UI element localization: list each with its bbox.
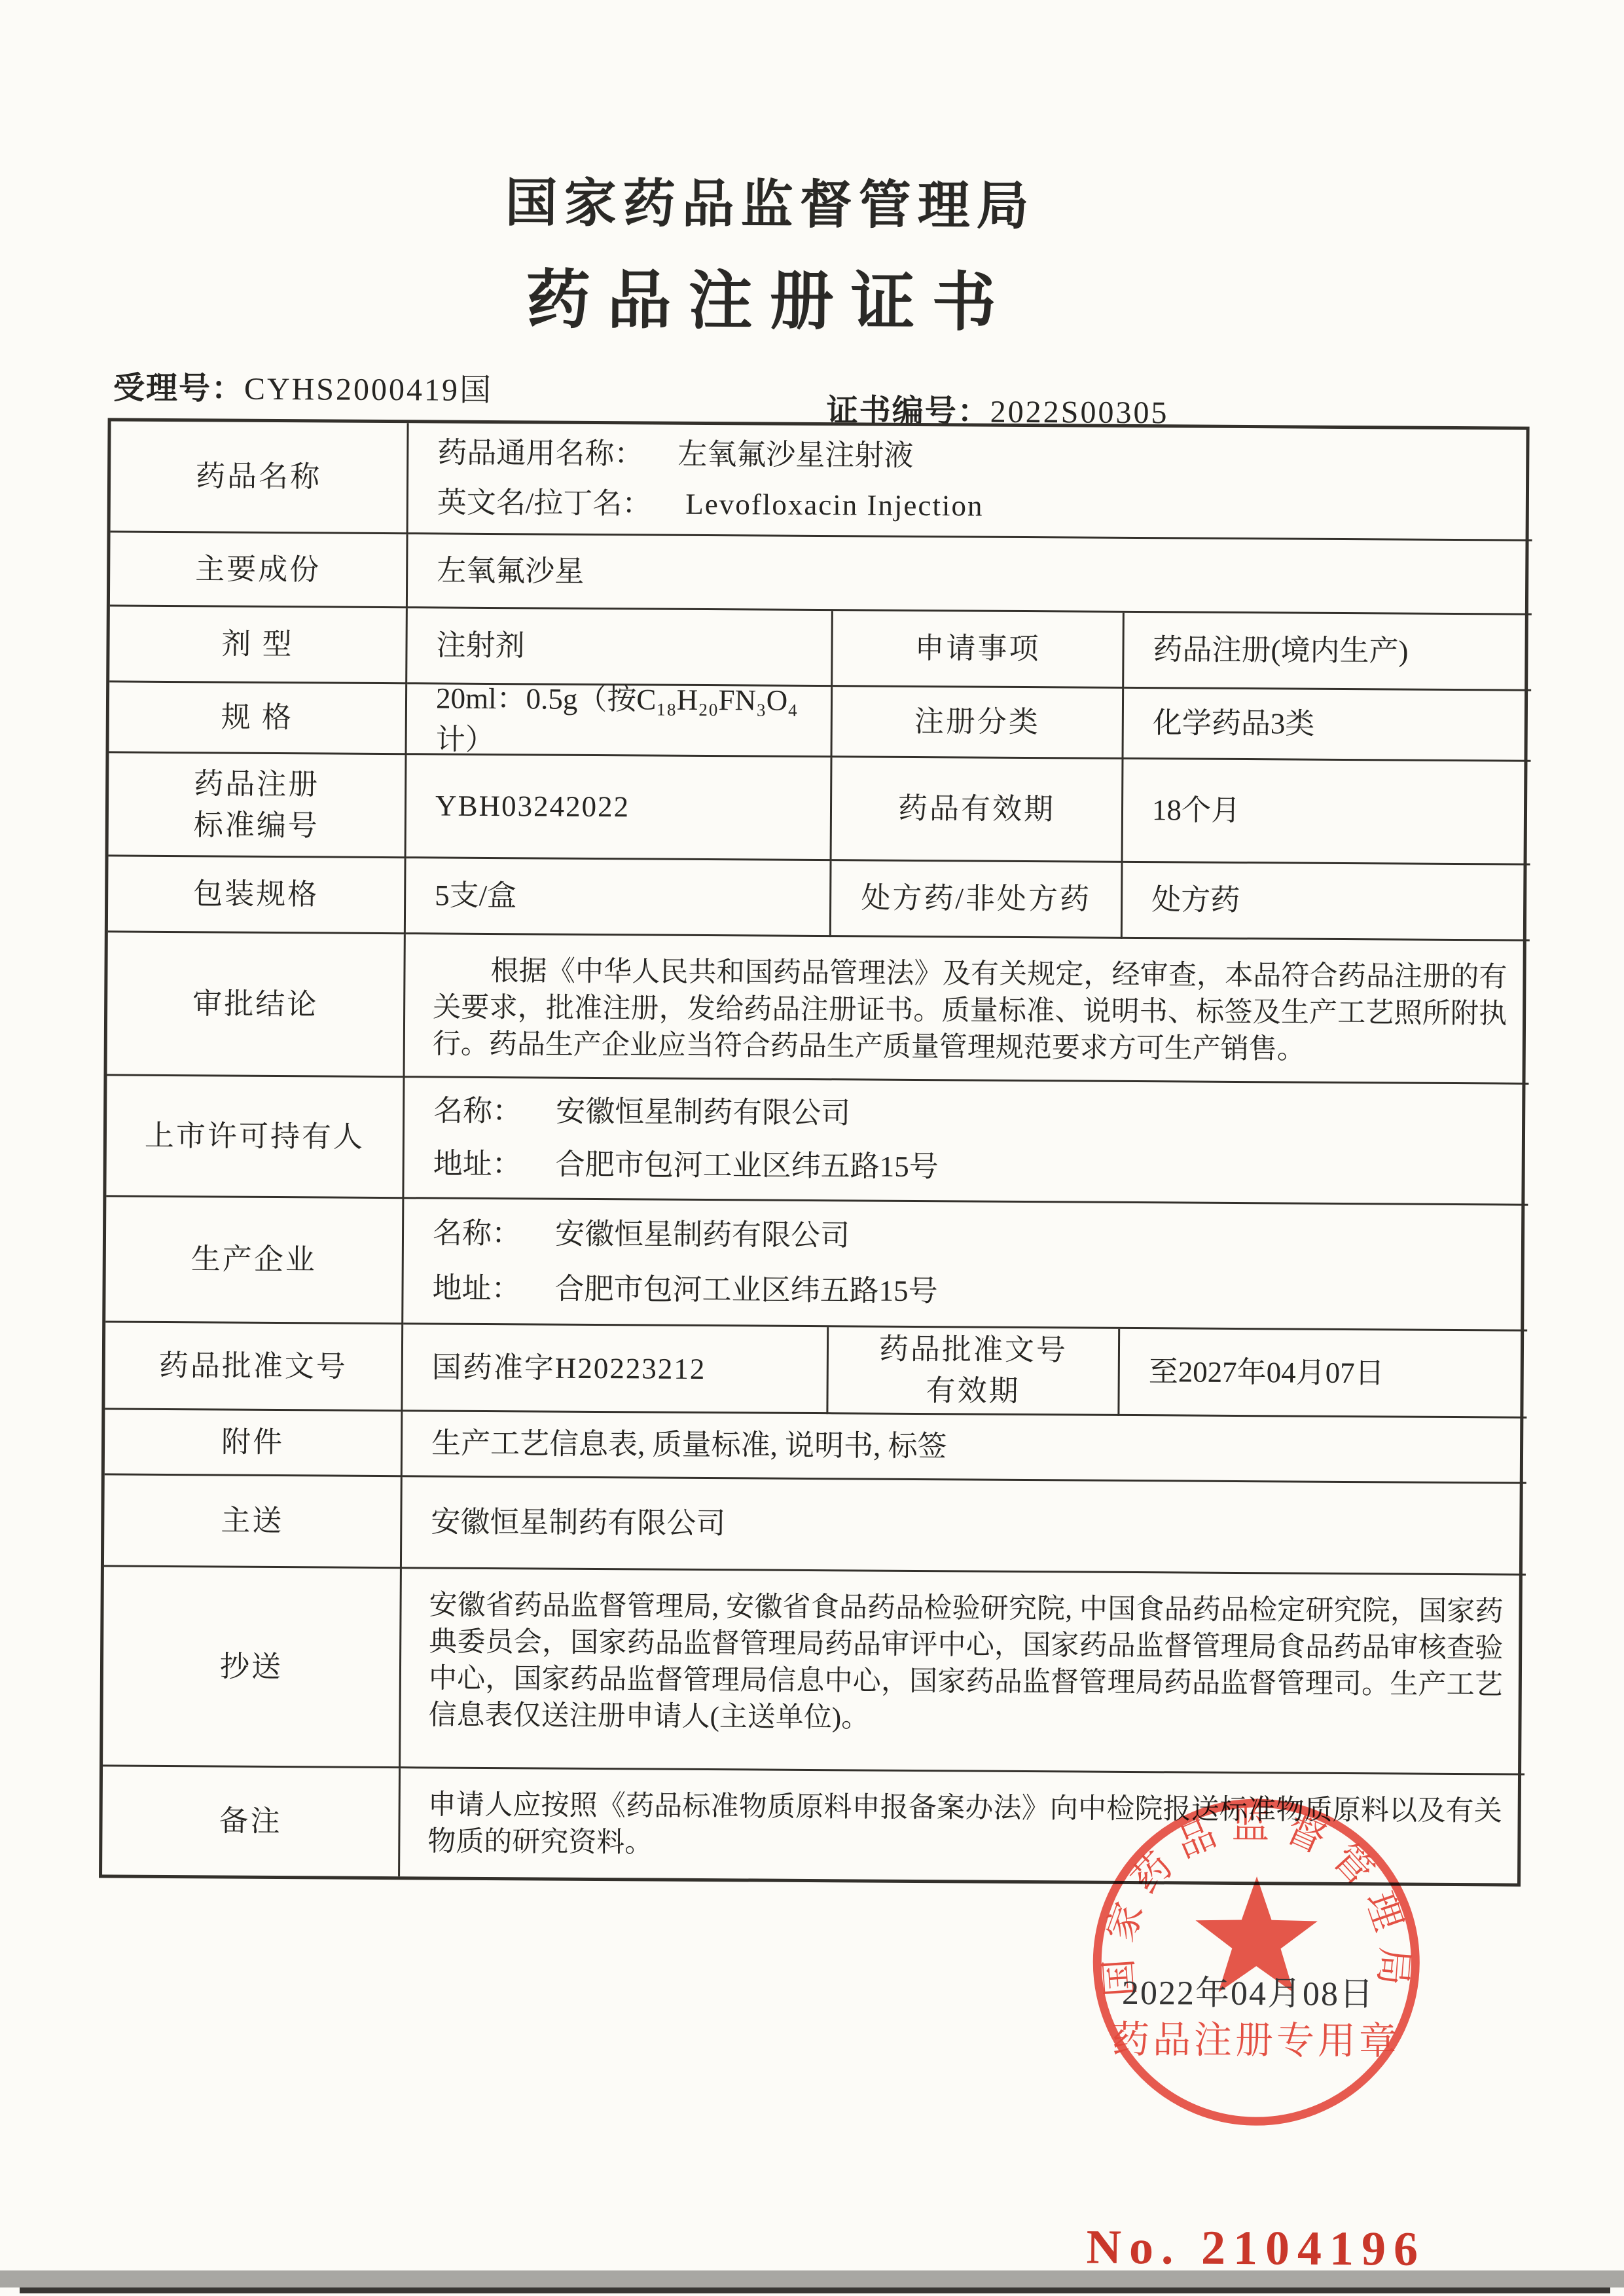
row-label-dosage-form: 剂 型 xyxy=(109,606,408,684)
row-value-holder: 名称： 安徽恒星制药有限公司 地址： 合肥市包河工业区纬五路15号 xyxy=(404,1078,1528,1205)
row-value-reg-class: 化学药品3类 xyxy=(1123,689,1531,762)
row-value-conclusion: 根据《中华人民共和国药品管理法》及有关规定，经审查，本品符合药品注册的有关要求，… xyxy=(405,934,1530,1084)
manufacturer-addr-line: 地址： 合肥市包河工业区纬五路15号 xyxy=(432,1267,937,1312)
row-label-attachments: 附件 xyxy=(105,1410,403,1477)
manufacturer-name-value: 安徽恒星制药有限公司 xyxy=(555,1214,850,1257)
row-value-approval-no: 国药准字H20223212 xyxy=(403,1324,829,1414)
holder-addr-line: 地址： 合肥市包河工业区纬五路15号 xyxy=(433,1144,939,1188)
row-label-conclusion: 审批结论 xyxy=(107,932,406,1078)
row-label-manufacturer: 生产企业 xyxy=(105,1197,404,1324)
approval-validity-label-line2: 有效期 xyxy=(926,1370,1020,1412)
holder-addr-label: 地址： xyxy=(433,1144,522,1186)
certificate-page: 国家药品监督管理局 药品注册证书 受理号：CYHS2000419国 证书编号：2… xyxy=(0,0,1624,2296)
serial-number: No. 2104196 xyxy=(1086,2220,1426,2278)
scanner-edge-band xyxy=(0,2270,1624,2287)
row-value-copy-to: 安徽省药品监督管理局, 安徽省食品药品检验研究院, 中国食品药品检定研究院，国家… xyxy=(401,1569,1526,1775)
row-label-approval-validity: 药品批准文号 有效期 xyxy=(828,1327,1120,1416)
row-label-copy-to: 抄送 xyxy=(103,1567,402,1768)
row-value-drug-validity: 18个月 xyxy=(1123,759,1531,866)
row-label-reg-class: 注册分类 xyxy=(833,687,1125,759)
official-seal: 国家药品监督管理局 2022年04月08日 药品注册专用章 xyxy=(1081,1788,1432,2140)
row-value-attachments: 生产工艺信息表, 质量标准, 说明书, 标签 xyxy=(403,1412,1527,1484)
row-label-holder: 上市许可持有人 xyxy=(106,1076,405,1199)
seal-caption: 药品注册专用章 xyxy=(1111,2018,1400,2063)
seal-date: 2022年04月08日 xyxy=(1122,1974,1375,2013)
registration-table: 药品名称 药品通用名称： 左氧氟沙星注射液 英文名/拉丁名： Levofloxa… xyxy=(99,418,1530,1886)
row-label-spec: 规 格 xyxy=(109,682,408,755)
generic-name-line: 药品通用名称： 左氧氟沙星注射液 xyxy=(437,432,913,476)
row-label-application: 申请事项 xyxy=(833,611,1125,689)
holder-addr-value: 合肥市包河工业区纬五路15号 xyxy=(556,1144,939,1188)
row-value-ingredient: 左氧氟沙星 xyxy=(408,534,1532,615)
row-label-drug-name: 药品名称 xyxy=(111,421,409,534)
row-value-package: 5支/盒 xyxy=(406,858,832,937)
generic-name-value: 左氧氟沙星注射液 xyxy=(677,433,913,476)
holder-name-line: 名称： 安徽恒星制药有限公司 xyxy=(433,1090,850,1134)
standard-no-label-line2: 标准编号 xyxy=(194,805,319,847)
agency-title: 国家药品监督管理局 xyxy=(4,157,1536,242)
english-name-value: Levofloxacin Injection xyxy=(685,484,983,527)
row-label-drug-validity: 药品有效期 xyxy=(832,757,1124,863)
acceptance-label: 受理号： xyxy=(113,371,244,406)
row-label-package: 包装规格 xyxy=(108,856,406,934)
row-value-manufacturer: 名称： 安徽恒星制药有限公司 地址： 合肥市包河工业区纬五路15号 xyxy=(403,1199,1528,1331)
row-value-spec: 20ml：0.5g（按C₁₈H₂₀FN₃O₄计） xyxy=(407,684,833,757)
row-label-remarks: 备注 xyxy=(102,1766,401,1876)
holder-name-label: 名称： xyxy=(433,1090,522,1132)
row-label-main-recipient: 主送 xyxy=(104,1475,403,1569)
acceptance-value: CYHS2000419国 xyxy=(244,372,493,408)
row-value-rx: 处方药 xyxy=(1123,863,1530,941)
row-value-main-recipient: 安徽恒星制药有限公司 xyxy=(402,1477,1526,1575)
row-value-approval-validity: 至2027年04月07日 xyxy=(1119,1329,1527,1419)
manufacturer-name-line: 名称： 安徽恒星制药有限公司 xyxy=(433,1212,850,1256)
manufacturer-name-label: 名称： xyxy=(433,1212,521,1254)
holder-name-value: 安徽恒星制药有限公司 xyxy=(556,1091,850,1134)
english-name-label: 英文名/拉丁名： xyxy=(437,483,652,525)
row-value-application: 药品注册(境内生产) xyxy=(1124,613,1532,691)
row-value-drug-name: 药品通用名称： 左氧氟沙星注射液 英文名/拉丁名： Levofloxacin I… xyxy=(408,423,1533,541)
english-name-line: 英文名/拉丁名： Levofloxacin Injection xyxy=(437,483,984,527)
acceptance-number: 受理号：CYHS2000419国 xyxy=(113,362,493,410)
manufacturer-addr-value: 合肥市包河工业区纬五路15号 xyxy=(554,1269,937,1313)
scanner-edge-line xyxy=(20,2287,1610,2293)
manufacturer-addr-label: 地址： xyxy=(432,1267,520,1309)
scanned-sheet: 国家药品监督管理局 药品注册证书 受理号：CYHS2000419国 证书编号：2… xyxy=(0,0,1624,2296)
row-label-standard-no: 药品注册 标准编号 xyxy=(109,753,407,858)
row-label-approval-no: 药品批准文号 xyxy=(105,1322,403,1412)
generic-name-label: 药品通用名称： xyxy=(437,432,643,475)
row-label-ingredient: 主要成份 xyxy=(110,532,408,608)
standard-no-label-line1: 药品注册 xyxy=(194,763,319,805)
row-value-standard-no: YBH03242022 xyxy=(406,755,833,861)
row-value-dosage-form: 注射剂 xyxy=(407,608,833,687)
approval-validity-label-line1: 药品批准文号 xyxy=(879,1329,1068,1372)
document-title: 药品注册证书 xyxy=(3,245,1536,346)
row-label-rx: 处方药/非处方药 xyxy=(831,861,1123,939)
